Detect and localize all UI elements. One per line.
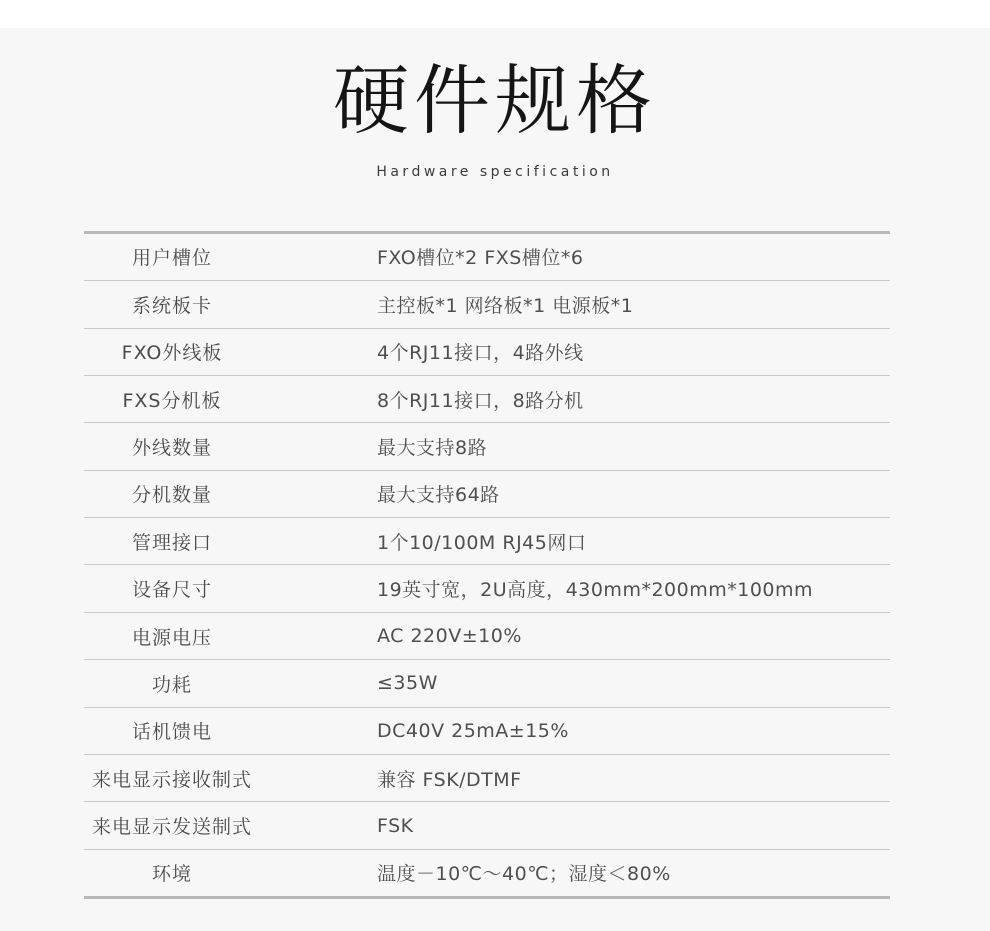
page-subtitle: Hardware specification: [0, 164, 990, 180]
spec-value: FXO槽位*2 FXS槽位*6: [260, 243, 890, 270]
spec-value: 兼容 FSK/DTMF: [260, 765, 890, 792]
spec-value: DC40V 25mA±15%: [260, 720, 890, 742]
spec-value: 8个RJ11接口，8路分机: [260, 386, 890, 413]
spec-label: 环境: [84, 859, 260, 886]
spec-label: 分机数量: [84, 480, 260, 507]
table-row: FXS分机板8个RJ11接口，8路分机: [84, 375, 890, 422]
table-row: 功耗≤35W: [84, 659, 890, 706]
table-row: 电源电压AC 220V±10%: [84, 612, 890, 659]
spec-value: 19英寸宽，2U高度，430mm*200mm*100mm: [260, 575, 890, 602]
spec-label: 来电显示接收制式: [84, 765, 260, 792]
spec-value: ≤35W: [260, 672, 890, 694]
spec-label: FXS分机板: [84, 386, 260, 413]
spec-value: 温度－10℃～40℃；湿度＜80%: [260, 859, 890, 886]
spec-table: 用户槽位FXO槽位*2 FXS槽位*6系统板卡主控板*1 网络板*1 电源板*1…: [84, 231, 890, 899]
top-white-strip: [0, 0, 990, 28]
spec-label: 管理接口: [84, 528, 260, 555]
spec-value: 最大支持8路: [260, 433, 890, 460]
spec-label: FXO外线板: [84, 338, 260, 365]
table-row: 外线数量最大支持8路: [84, 422, 890, 469]
spec-label: 设备尺寸: [84, 575, 260, 602]
table-row: 环境温度－10℃～40℃；湿度＜80%: [84, 849, 890, 896]
spec-label: 系统板卡: [84, 291, 260, 318]
spec-value: 1个10/100M RJ45网口: [260, 528, 890, 555]
spec-label: 功耗: [84, 670, 260, 697]
table-row: 分机数量最大支持64路: [84, 470, 890, 517]
table-row: FXO外线板4个RJ11接口，4路外线: [84, 328, 890, 375]
table-row: 用户槽位FXO槽位*2 FXS槽位*6: [84, 234, 890, 280]
table-row: 系统板卡主控板*1 网络板*1 电源板*1: [84, 280, 890, 327]
page-title: 硬件规格: [0, 28, 990, 148]
table-row: 设备尺寸19英寸宽，2U高度，430mm*200mm*100mm: [84, 564, 890, 611]
spec-value: 主控板*1 网络板*1 电源板*1: [260, 291, 890, 318]
page-header: 硬件规格 Hardware specification: [0, 28, 990, 180]
spec-value: AC 220V±10%: [260, 625, 890, 647]
spec-label: 来电显示发送制式: [84, 812, 260, 839]
table-row: 话机馈电DC40V 25mA±15%: [84, 707, 890, 754]
spec-label: 话机馈电: [84, 717, 260, 744]
table-row: 来电显示接收制式兼容 FSK/DTMF: [84, 754, 890, 801]
spec-page: 硬件规格 Hardware specification 用户槽位FXO槽位*2 …: [0, 28, 990, 931]
spec-value: FSK: [260, 815, 890, 837]
spec-label: 电源电压: [84, 623, 260, 650]
spec-value: 4个RJ11接口，4路外线: [260, 338, 890, 365]
spec-label: 外线数量: [84, 433, 260, 460]
spec-label: 用户槽位: [84, 243, 260, 270]
spec-value: 最大支持64路: [260, 480, 890, 507]
table-row: 来电显示发送制式FSK: [84, 801, 890, 848]
table-row: 管理接口1个10/100M RJ45网口: [84, 517, 890, 564]
